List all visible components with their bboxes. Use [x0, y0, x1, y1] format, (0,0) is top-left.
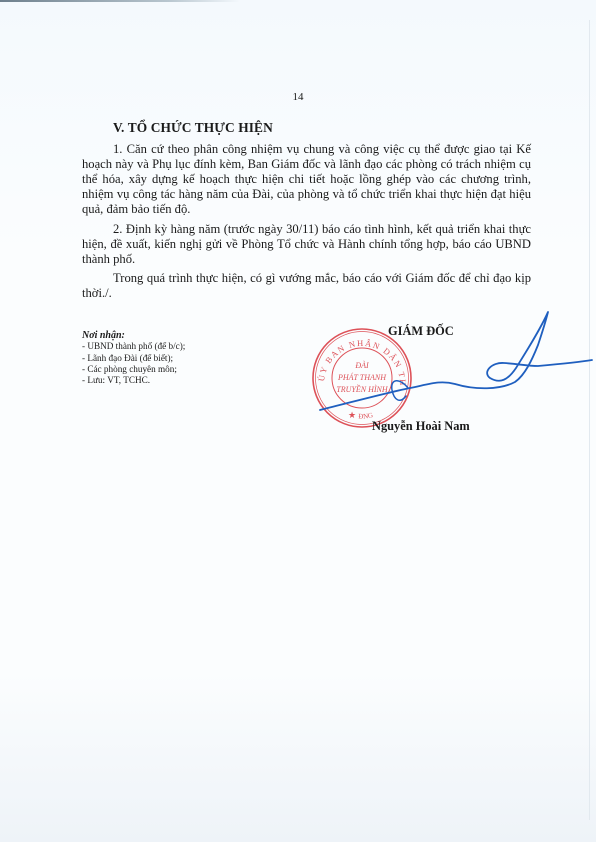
- recipient-item: - Các phòng chuyên môn;: [82, 364, 185, 375]
- scan-edge: [0, 0, 240, 2]
- recipients-block: Nơi nhận: - UBND thành phố (để b/c); - L…: [82, 330, 185, 386]
- paragraph-text: 2. Định kỳ hàng năm (trước ngày 30/11) b…: [82, 222, 531, 267]
- paragraph-text: Trong quá trình thực hiện, có gì vướng m…: [82, 271, 531, 301]
- paragraph-3: Trong quá trình thực hiện, có gì vướng m…: [82, 271, 531, 301]
- paragraph-2: 2. Định kỳ hàng năm (trước ngày 30/11) b…: [82, 222, 531, 267]
- document-page: 14 V. TỔ CHỨC THỰC HIỆN 1. Căn cứ theo p…: [0, 0, 596, 842]
- page-number: 14: [0, 91, 596, 103]
- recipient-item: - Lưu: VT, TCHC.: [82, 375, 185, 386]
- recipient-item: - UBND thành phố (để b/c);: [82, 341, 185, 352]
- recipient-item: - Lãnh đạo Đài (để biết);: [82, 353, 185, 364]
- paragraph-text: 1. Căn cứ theo phân công nhiệm vụ chung …: [82, 142, 531, 217]
- recipients-list: - UBND thành phố (để b/c); - Lãnh đạo Đà…: [82, 341, 185, 386]
- signer-name: Nguyễn Hoài Nam: [372, 419, 470, 434]
- recipients-title: Nơi nhận:: [82, 330, 185, 341]
- section-heading: V. TỔ CHỨC THỰC HIỆN: [113, 120, 273, 136]
- paragraph-1: 1. Căn cứ theo phân công nhiệm vụ chung …: [82, 142, 531, 217]
- handwritten-signature-icon: [300, 300, 596, 430]
